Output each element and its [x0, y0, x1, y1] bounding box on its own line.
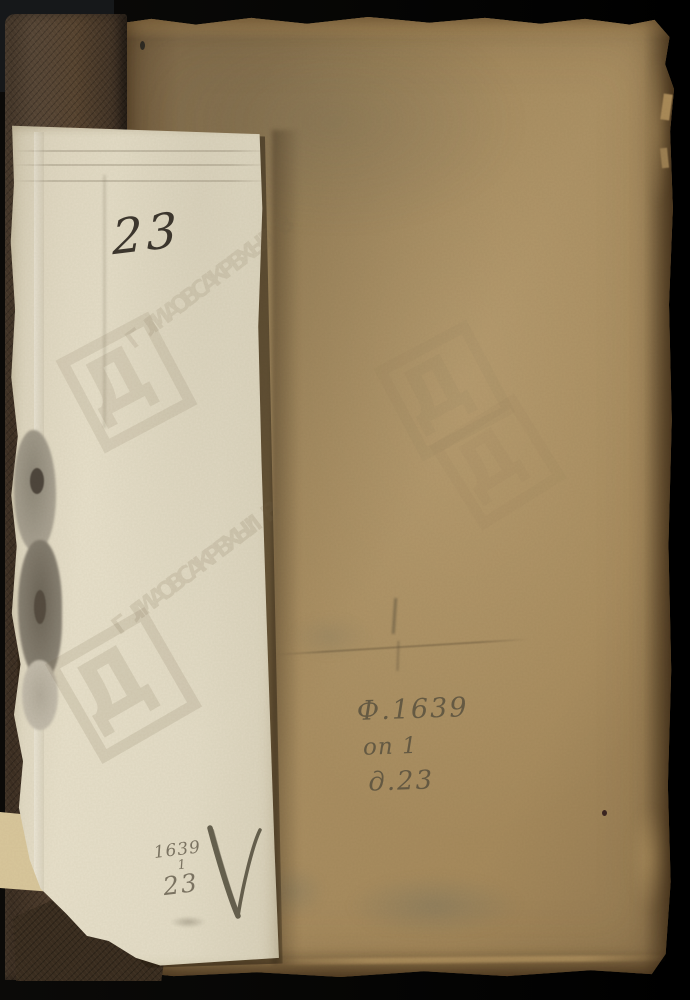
- torn-patch: [34, 590, 46, 624]
- pencil-stroke: [397, 641, 400, 671]
- delo-number: д.23: [368, 764, 472, 798]
- archive-book-cover-photo: Д Д Д Д ГЛАВАРХИВ МОСКВЫ ГЛАВАРХИВ МОСКВ…: [0, 0, 690, 1000]
- opis-number: оп 1: [363, 731, 471, 761]
- fond-number: Ф.1639: [356, 692, 469, 727]
- faint-pencil-smudge: [170, 916, 206, 928]
- label-number-ink: 23: [112, 202, 182, 267]
- speck: [602, 810, 607, 816]
- pencil-inscription: Ф.1639 оп 1 д.23: [356, 692, 471, 798]
- checkmark-icon: [200, 824, 264, 922]
- smudge: [340, 872, 529, 939]
- fold-line: [13, 164, 269, 166]
- scuff-mark: [643, 54, 671, 208]
- fold-line: [13, 180, 269, 182]
- torn-patch: [22, 660, 58, 730]
- fold-line: [103, 175, 106, 428]
- corner-pencil-inscription: 1639 1 23: [153, 837, 207, 899]
- fold-line: [13, 150, 269, 152]
- torn-patch: [30, 468, 44, 494]
- scuff-mark: [630, 805, 669, 911]
- pencil-stroke: [392, 598, 398, 634]
